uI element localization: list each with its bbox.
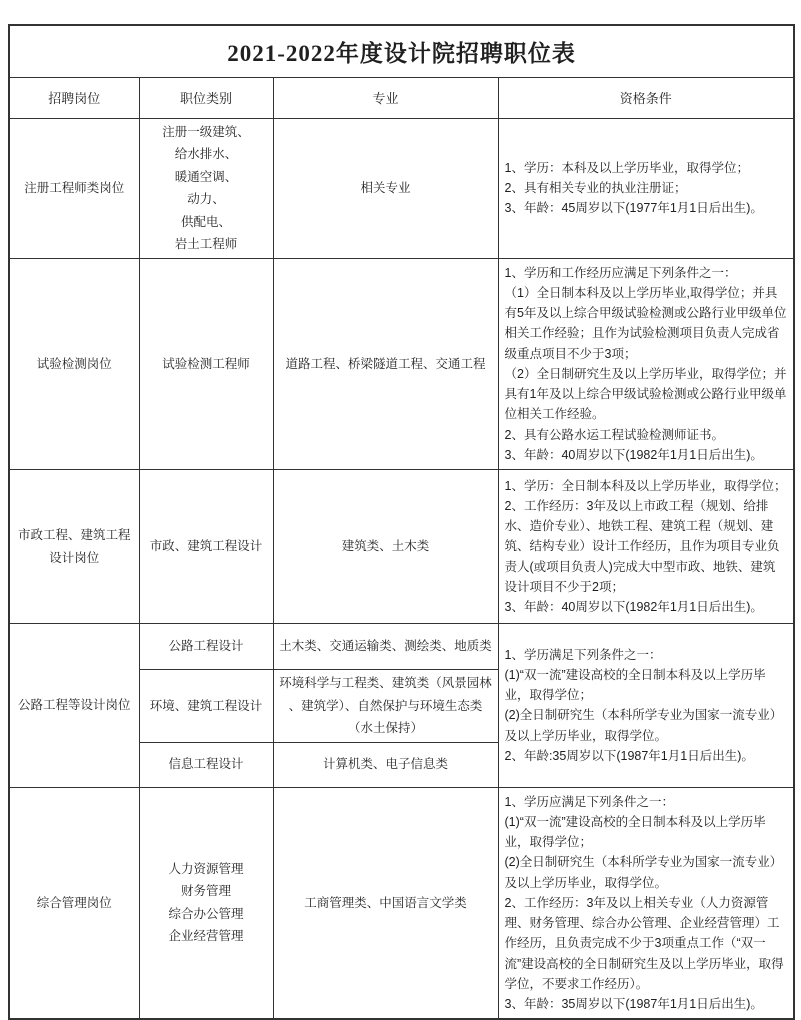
position-cell: 市政工程、建筑工程 设计岗位	[9, 470, 139, 624]
category-cell: 人力资源管理 财务管理 综合办公管理 企业经营管理	[139, 787, 273, 1019]
major-cell: 相关专业	[273, 118, 498, 258]
qualification-cell: 1、学历应满足下列条件之一： (1)“双一流”建设高校的全日制本科及以上学历毕业…	[498, 787, 794, 1019]
header-row: 招聘岗位 职位类别 专业 资格条件	[9, 77, 794, 118]
major-cell: 建筑类、土木类	[273, 470, 498, 624]
category-cell: 信息工程设计	[139, 742, 273, 787]
position-cell: 公路工程等设计岗位	[9, 624, 139, 788]
major-cell: 计算机类、电子信息类	[273, 742, 498, 787]
position-cell: 试验检测岗位	[9, 258, 139, 470]
qualification-cell: 1、学历：全日制本科及以上学历毕业，取得学位； 2、工作经历：3年及以上市政工程…	[498, 470, 794, 624]
table-row-test-inspection: 试验检测岗位 试验检测工程师 道路工程、桥梁隧道工程、交通工程 1、学历和工作经…	[9, 258, 794, 470]
major-cell: 工商管理类、中国语言文学类	[273, 787, 498, 1019]
col-header-position: 招聘岗位	[9, 77, 139, 118]
recruitment-table: 2021-2022年度设计院招聘职位表 招聘岗位 职位类别 专业 资格条件 注册…	[8, 24, 795, 1020]
col-header-major: 专业	[273, 77, 498, 118]
major-cell: 环境科学与工程类、建筑类（风景园林 、建筑学）、自然保护与环境生态类 （水土保持…	[273, 670, 498, 743]
table-row-general-management: 综合管理岗位 人力资源管理 财务管理 综合办公管理 企业经营管理 工商管理类、中…	[9, 787, 794, 1019]
document-page: 2021-2022年度设计院招聘职位表 招聘岗位 职位类别 专业 资格条件 注册…	[0, 0, 801, 1018]
qualification-cell: 1、学历满足下列条件之一： (1)“双一流”建设高校的全日制本科及以上学历毕业，…	[498, 624, 794, 788]
table-row-municipal-construction: 市政工程、建筑工程 设计岗位 市政、建筑工程设计 建筑类、土木类 1、学历：全日…	[9, 470, 794, 624]
major-cell: 道路工程、桥梁隧道工程、交通工程	[273, 258, 498, 470]
qualification-cell: 1、学历：本科及以上学历毕业，取得学位； 2、具有相关专业的执业注册证； 3、年…	[498, 118, 794, 258]
table-row-highway-design-1: 公路工程等设计岗位 公路工程设计 土木类、交通运输类、测绘类、地质类 1、学历满…	[9, 624, 794, 670]
qualification-cell: 1、学历和工作经历应满足下列条件之一： （1）全日制本科及以上学历毕业,取得学位…	[498, 258, 794, 470]
position-cell: 综合管理岗位	[9, 787, 139, 1019]
category-cell: 环境、建筑工程设计	[139, 670, 273, 743]
position-cell: 注册工程师类岗位	[9, 118, 139, 258]
category-cell: 市政、建筑工程设计	[139, 470, 273, 624]
category-cell: 公路工程设计	[139, 624, 273, 670]
major-cell: 土木类、交通运输类、测绘类、地质类	[273, 624, 498, 670]
col-header-category: 职位类别	[139, 77, 273, 118]
table-row-registered-engineers: 注册工程师类岗位 注册一级建筑、 给水排水、 暖通空调、 动力、 供配电、 岩土…	[9, 118, 794, 258]
col-header-qualification: 资格条件	[498, 77, 794, 118]
title-row: 2021-2022年度设计院招聘职位表	[9, 25, 794, 77]
category-cell: 试验检测工程师	[139, 258, 273, 470]
category-cell: 注册一级建筑、 给水排水、 暖通空调、 动力、 供配电、 岩土工程师	[139, 118, 273, 258]
page-title: 2021-2022年度设计院招聘职位表	[9, 25, 794, 77]
